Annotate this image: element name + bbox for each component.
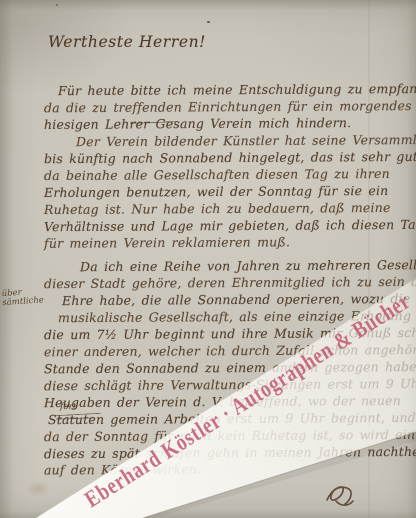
handwritten-line: Für heute bitte ich meine Entschuldigung… xyxy=(58,81,416,98)
handwritten-line: für meinen Verein reklamieren muß. xyxy=(44,234,290,251)
letter-scan-page: Wertheste Herren! Für heute bitte ich me… xyxy=(0,0,416,518)
handwritten-line: Stande den Sonnabend zu einem andern gez… xyxy=(44,359,416,377)
handwritten-line: dieser Stadt gehöre, deren Ehrenmitglied… xyxy=(44,274,416,291)
handwritten-line: Ehre habe, die alle Sonnabend operieren,… xyxy=(62,291,410,308)
ink-speck xyxy=(207,21,210,23)
signature-paraph xyxy=(327,487,353,505)
handwritten-line: Heugaben der Verein d. V. betreffend, wo… xyxy=(44,393,401,410)
handwritten-line: fort xyxy=(60,402,77,412)
handwritten-line: auf den Körper wirken. xyxy=(44,462,202,478)
handwritten-line: hiesigen Lehrer Gesang Verein mich hinde… xyxy=(44,115,351,132)
handwritten-line: musikalische Gesellschaft, als eine einz… xyxy=(58,308,416,325)
handwritten-line: Der Verein bildender Künstler hat seine … xyxy=(76,132,416,149)
handwritten-line: da beinahe alle Gesellschaften diesen Ta… xyxy=(44,166,390,183)
handwritten-line: dieses zu spät schlafen gehn in meinen J… xyxy=(44,444,416,461)
salutation-line: Wertheste Herren! xyxy=(48,33,206,51)
handwritten-line: die um 7½ Uhr beginnt und ihre Musik mir… xyxy=(44,325,416,342)
margin-note: über sämtliche xyxy=(1,286,64,308)
handwritten-line: Erholungen benutzen, weil der Sonntag fü… xyxy=(44,183,389,200)
handwritten-line: da die zu treffenden Einrichtungen für e… xyxy=(44,98,416,116)
handwritten-line: bis künftig nach Sonnabend hingelegt, da… xyxy=(44,149,416,166)
handwritten-line: einer anderen, welcher ich durch Zufall … xyxy=(44,342,416,360)
handwritten-line: da der Sonntag für mich kein Ruhetag ist… xyxy=(44,427,415,444)
handwritten-line: diese schlägt ihre Verwaltungs-Sitzungen… xyxy=(44,376,416,394)
handwritten-line: Da ich eine Reihe von Jahren zu mehreren… xyxy=(80,257,416,274)
ink-speck xyxy=(56,4,58,6)
handwritten-line: Ruhetag ist. Nur habe ich zu bedauern, d… xyxy=(44,200,391,217)
handwritten-line: Statuten gemein Arbeiten erst um 9 Uhr b… xyxy=(48,410,416,427)
handwritten-line: Verhältnisse und Lage mir gebieten, daß … xyxy=(44,217,416,234)
